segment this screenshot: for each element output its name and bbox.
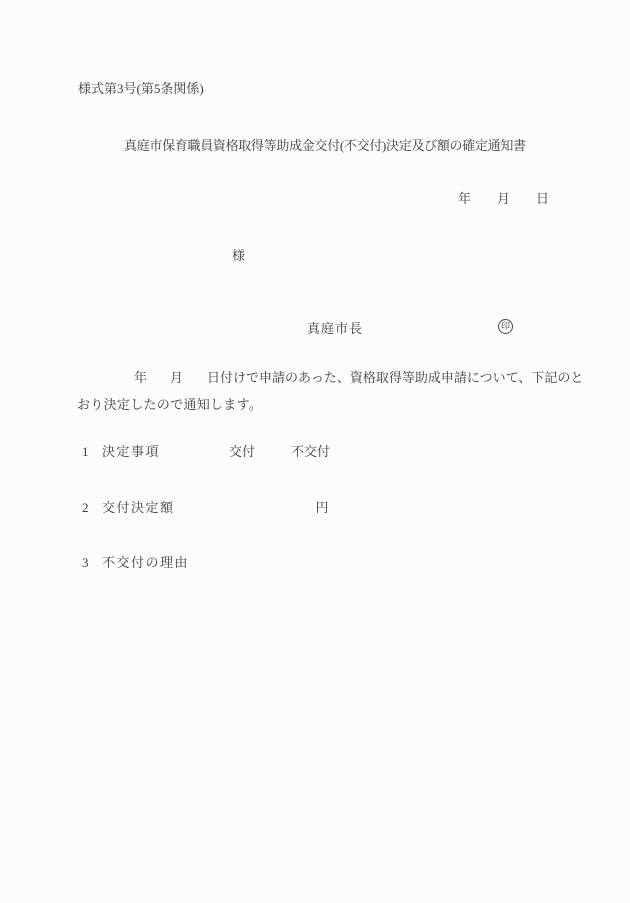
item-1-option-grant: 交付: [229, 445, 255, 458]
date-year-label: 年: [458, 192, 471, 205]
item-2-label: 交付決定額: [102, 501, 175, 514]
item-row-reason: 3 不交付の理由: [82, 556, 189, 569]
item-2-currency-unit: 円: [316, 501, 329, 514]
item-2-number: 2: [82, 501, 102, 514]
item-1-label: 決定事項: [102, 445, 160, 458]
body-paragraph-line1: 年 月 日付けで申請のあった、資格取得等助成申請について、下記のと: [134, 371, 583, 384]
item-1-option-nogrant: 不交付: [291, 445, 330, 458]
body-year-label: 年: [134, 371, 147, 384]
form-number: 様式第3号(第5条関係): [78, 82, 204, 95]
item-3-label: 不交付の理由: [102, 556, 189, 569]
item-3-number: 3: [82, 556, 102, 569]
date-day-label: 日: [536, 192, 549, 205]
document-title: 真庭市保育職員資格取得等助成金交付(不交付)決定及び額の確定通知書: [124, 139, 526, 152]
seal-mark-icon: 印: [498, 319, 513, 334]
date-month-label: 月: [497, 192, 510, 205]
item-1-number: 1: [82, 445, 102, 458]
document-page: 様式第3号(第5条関係) 真庭市保育職員資格取得等助成金交付(不交付)決定及び額…: [0, 0, 630, 903]
item-row-amount: 2 交付決定額 円: [82, 501, 329, 514]
item-row-decision: 1 決定事項 交付 不交付: [82, 445, 330, 458]
body-month-label: 月: [170, 371, 183, 384]
seal-character: 印: [501, 322, 510, 331]
sender-title: 真庭市長: [307, 322, 363, 335]
body-paragraph-line2: おり決定したので通知します。: [77, 398, 262, 411]
date-line: 年 月 日: [458, 192, 549, 205]
body-line1-text: 日付けで申請のあった、資格取得等助成申請について、下記のと: [207, 371, 583, 384]
addressee-honorific: 様: [232, 249, 245, 262]
